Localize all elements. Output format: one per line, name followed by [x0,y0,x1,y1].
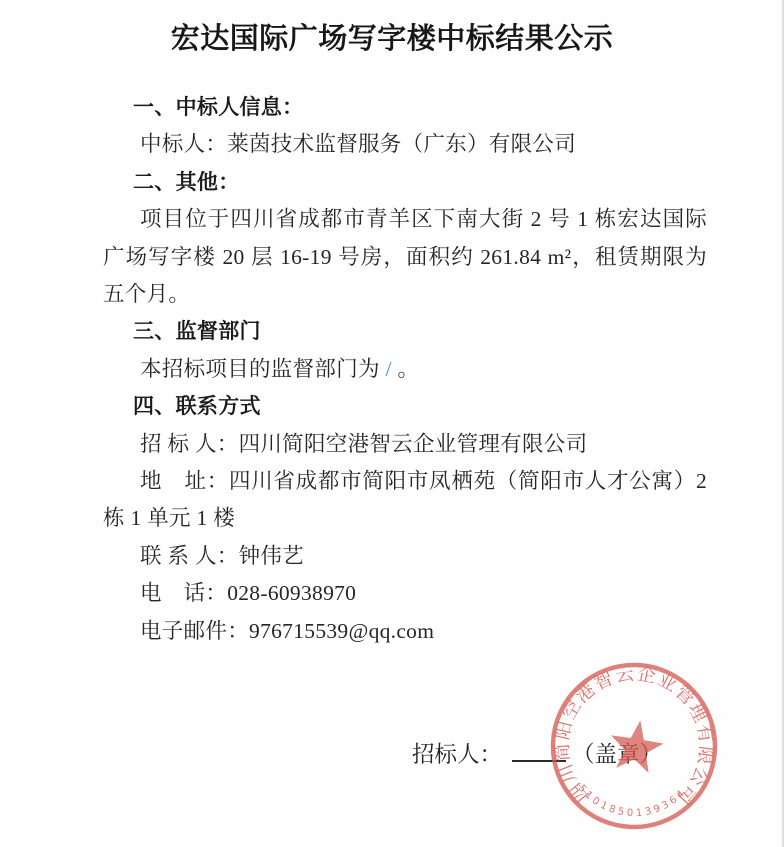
project-description: 项目位于四川省成都市青羊区下南大街 2 号 1 栋宏达国际广场写字楼 20 层 … [103,201,707,313]
contact-person-line: 联 系 人：钟伟艺 [103,538,707,575]
signature-blank-line [512,736,566,762]
contact-tenderer-value: 四川简阳空港智云企业管理有限公司 [239,432,588,456]
page-title: 宏达国际广场写字楼中标结果公示 [0,16,784,57]
contact-email-line: 电子邮件：976715539@qq.com [103,613,707,650]
contact-address-line: 地 址：四川省成都市简阳市凤栖苑（简阳市人才公寓）2 栋 1 单元 1 楼 [103,463,707,538]
section-4-heading: 四、联系方式 [103,388,707,425]
contact-phone-value: 028-60938970 [227,581,356,605]
contact-phone-line: 电 话：028-60938970 [103,575,707,612]
document-page: 宏达国际广场写字楼中标结果公示 一、中标人信息： 中标人：莱茵技术监督服务（广东… [0,0,784,847]
supervision-suffix: 。 [392,357,419,381]
contact-email-label: 电子邮件： [140,619,249,643]
supervision-line: 本招标项目的监督部门为 / 。 [103,351,707,388]
contact-person-label: 联 系 人： [140,544,239,568]
section-2-heading: 二、其他： [103,164,707,201]
signature-label: 招标人： [412,742,502,767]
contact-tenderer-label: 招 标 人： [140,432,239,456]
seal-number: 5101850139364 [575,783,689,821]
contact-tenderer-line: 招 标 人：四川简阳空港智云企业管理有限公司 [103,426,707,463]
document-body: 一、中标人信息： 中标人：莱茵技术监督服务（广东）有限公司 二、其他： 项目位于… [103,89,707,650]
supervision-prefix: 本招标项目的监督部门为 [140,357,385,381]
section-1-heading: 一、中标人信息： [103,89,707,126]
contact-address-label: 地 址： [140,469,229,493]
contact-phone-label: 电 话： [140,581,227,605]
contact-person-value: 钟伟艺 [239,544,304,568]
winner-line: 中标人：莱茵技术监督服务（广东）有限公司 [103,126,707,163]
section-3-heading: 三、监督部门 [103,313,707,350]
contact-email-value: 976715539@qq.com [249,619,434,643]
stamp-note: （盖章） [572,742,662,767]
signature-row: 招标人：（盖章） [412,736,662,769]
